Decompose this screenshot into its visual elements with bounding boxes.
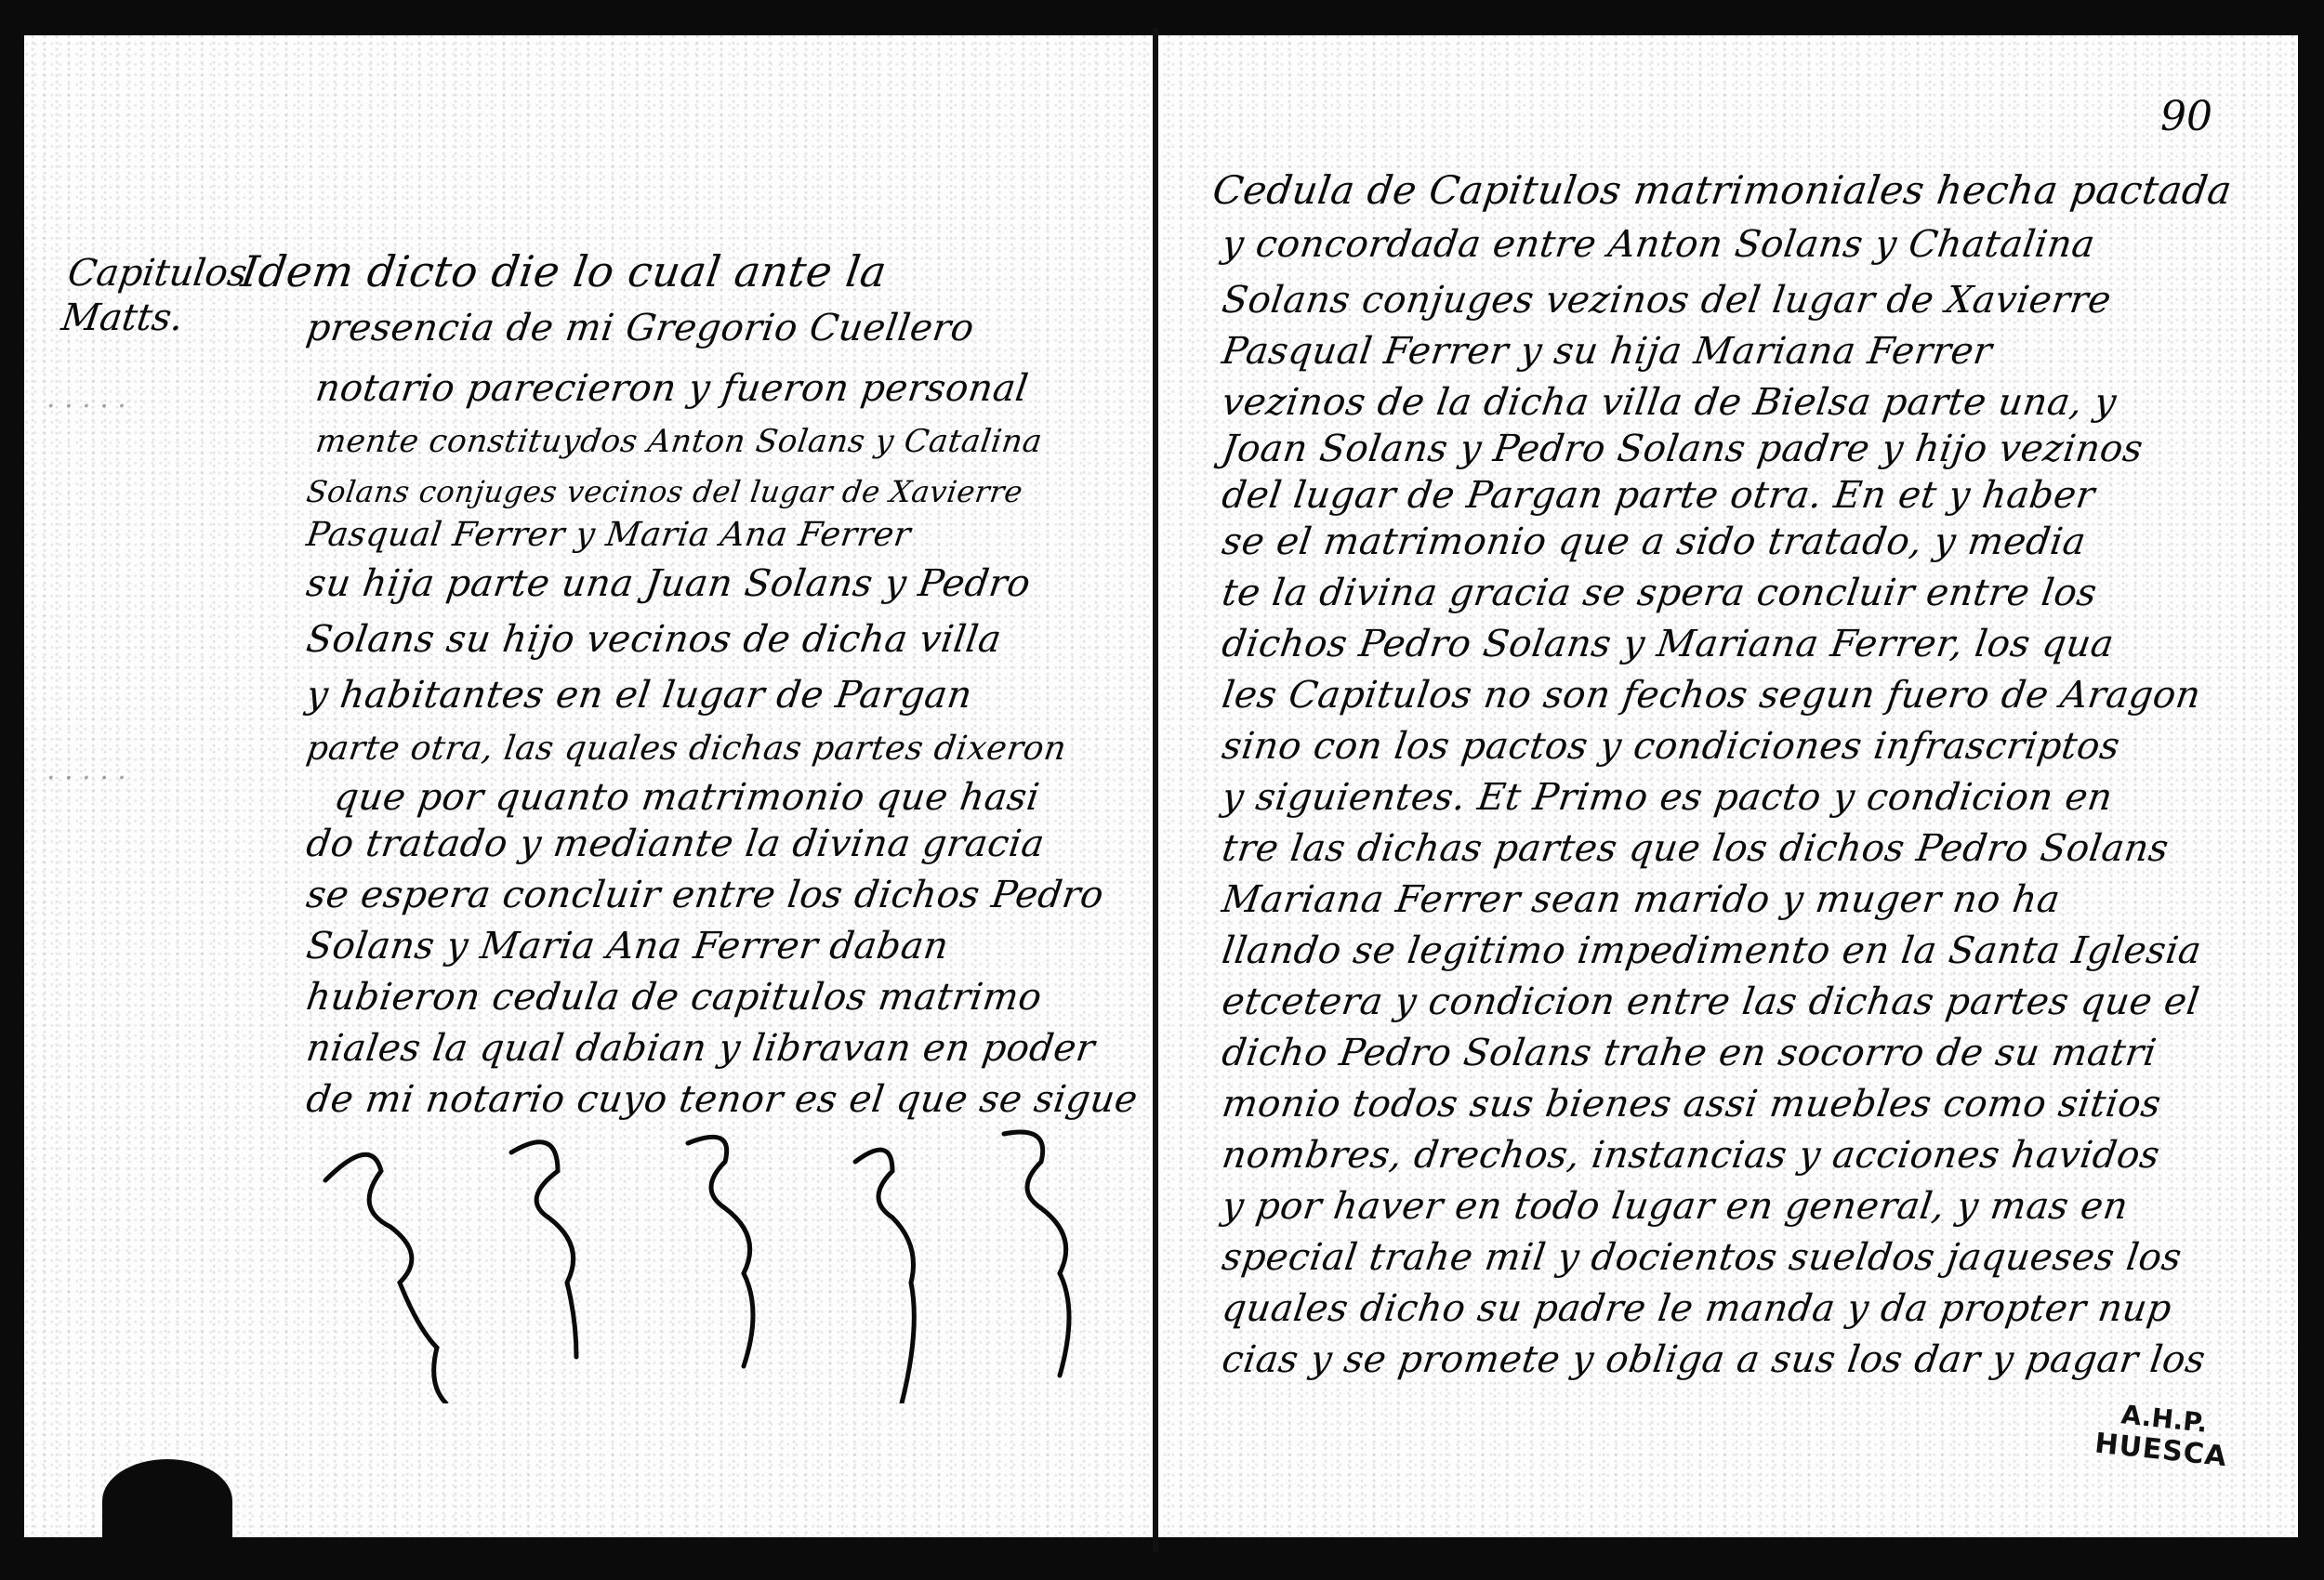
manuscript-line: dicho Pedro Solans trahe en socorro de s… (1220, 1032, 2159, 1074)
manuscript-line: Solans y Maria Ana Ferrer daban (304, 925, 952, 968)
manuscript-line: presencia de mi Gregorio Cuellero (304, 307, 977, 349)
manuscript-line: tre las dichas partes que los dichos Ped… (1220, 827, 2172, 870)
manuscript-line: Solans conjuges vezinos del lugar de Xav… (1220, 279, 2114, 322)
manuscript-line: Pasqual Ferrer y su hija Mariana Ferrer (1220, 330, 1995, 373)
manuscript-line: Solans su hijo vecinos de dicha villa (304, 618, 1004, 661)
manuscript-line: Mariana Ferrer sean marido y muger no ha (1220, 878, 2063, 921)
margin-note-line: Capitulos (65, 251, 250, 296)
manuscript-line: cias y se promete y obliga a sus los dar… (1220, 1338, 2209, 1381)
manuscript-line: niales la qual dabian y libravan en pode… (304, 1027, 1098, 1070)
left-page: Capitulos Matts. · · · · · · · · · · Ide… (28, 0, 1148, 1580)
manuscript-line: y concordada entre Anton Solans y Chatal… (1220, 223, 2098, 266)
manuscript-line: parte otra, las quales dichas partes dix… (304, 730, 1069, 768)
manuscript-line: y por haver en todo lugar en general, y … (1220, 1185, 2131, 1228)
right-page: 90 Cedula de Capitulos matrimoniales hec… (1167, 0, 2296, 1580)
manuscript-spread: Capitulos Matts. · · · · · · · · · · Ide… (0, 0, 2324, 1580)
manuscript-line: les Capitulos no son fechos segun fuero … (1220, 674, 2204, 717)
manuscript-line: nombres, drechos, instancias y acciones … (1220, 1134, 2162, 1177)
manuscript-line: Cedula de Capitulos matrimoniales hecha … (1210, 167, 2236, 213)
manuscript-line: vezinos de la dicha villa de Bielsa part… (1220, 381, 2119, 424)
manuscript-line: su hija parte una Juan Solans y Pedro (304, 562, 1034, 605)
manuscript-line: te la divina gracia se spera concluir en… (1220, 572, 2100, 614)
manuscript-line: hubieron cedula de capitulos matrimo (304, 976, 1045, 1019)
margin-note-line: Matts. (59, 296, 244, 340)
scan-border-right (2298, 0, 2324, 1580)
manuscript-line: Joan Solans y Pedro Solans padre y hijo … (1220, 428, 2146, 470)
manuscript-line: Solans conjuges vecinos del lugar de Xav… (304, 474, 1024, 509)
manuscript-line: Pasqual Ferrer y Maria Ana Ferrer (304, 516, 913, 554)
manuscript-line: se espera concluir entre los dichos Pedr… (304, 874, 1106, 916)
manuscript-line: Idem dicto die lo cual ante la (238, 246, 890, 296)
bleed-through-text: · · · · · (46, 390, 126, 423)
manuscript-line: special trahe mil y docientos sueldos ja… (1220, 1236, 2185, 1279)
bleed-through-text: · · · · · (46, 762, 126, 795)
manuscript-line: del lugar de Pargan parte otra. En et y … (1220, 474, 2098, 517)
signature-flourish-icon (297, 1125, 1134, 1403)
manuscript-line: de mi notario cuyo tenor es el que se si… (304, 1078, 1141, 1121)
page-gutter (1153, 28, 1158, 1552)
folio-number: 90 (2160, 93, 2212, 140)
manuscript-line: y habitantes en el lugar de Pargan (304, 674, 975, 717)
manuscript-line: que por quanto matrimonio que hasi (332, 776, 1042, 819)
manuscript-line: se el matrimonio que a sido tratado, y m… (1220, 520, 2089, 563)
manuscript-line: monio todos sus bienes assi muebles como… (1220, 1083, 2164, 1126)
margin-note: Capitulos Matts. (59, 251, 250, 340)
manuscript-line: do tratado y mediante la divina gracia (304, 823, 1048, 865)
scan-border-left (0, 0, 24, 1580)
manuscript-line: mente constituydos Anton Solans y Catali… (313, 423, 1045, 460)
manuscript-line: sino con los pactos y condiciones infras… (1220, 725, 2123, 768)
manuscript-line: llando se legitimo impedimento en la San… (1220, 929, 2204, 972)
manuscript-line: dichos Pedro Solans y Mariana Ferrer, lo… (1220, 623, 2117, 665)
manuscript-line: etcetera y condicion entre las dichas pa… (1220, 981, 2202, 1023)
manuscript-line: notario parecieron y fueron personal (313, 367, 1031, 410)
manuscript-line: y siguientes. Et Primo es pacto y condic… (1220, 776, 2116, 819)
manuscript-line: quales dicho su padre le manda y da prop… (1220, 1287, 2174, 1330)
